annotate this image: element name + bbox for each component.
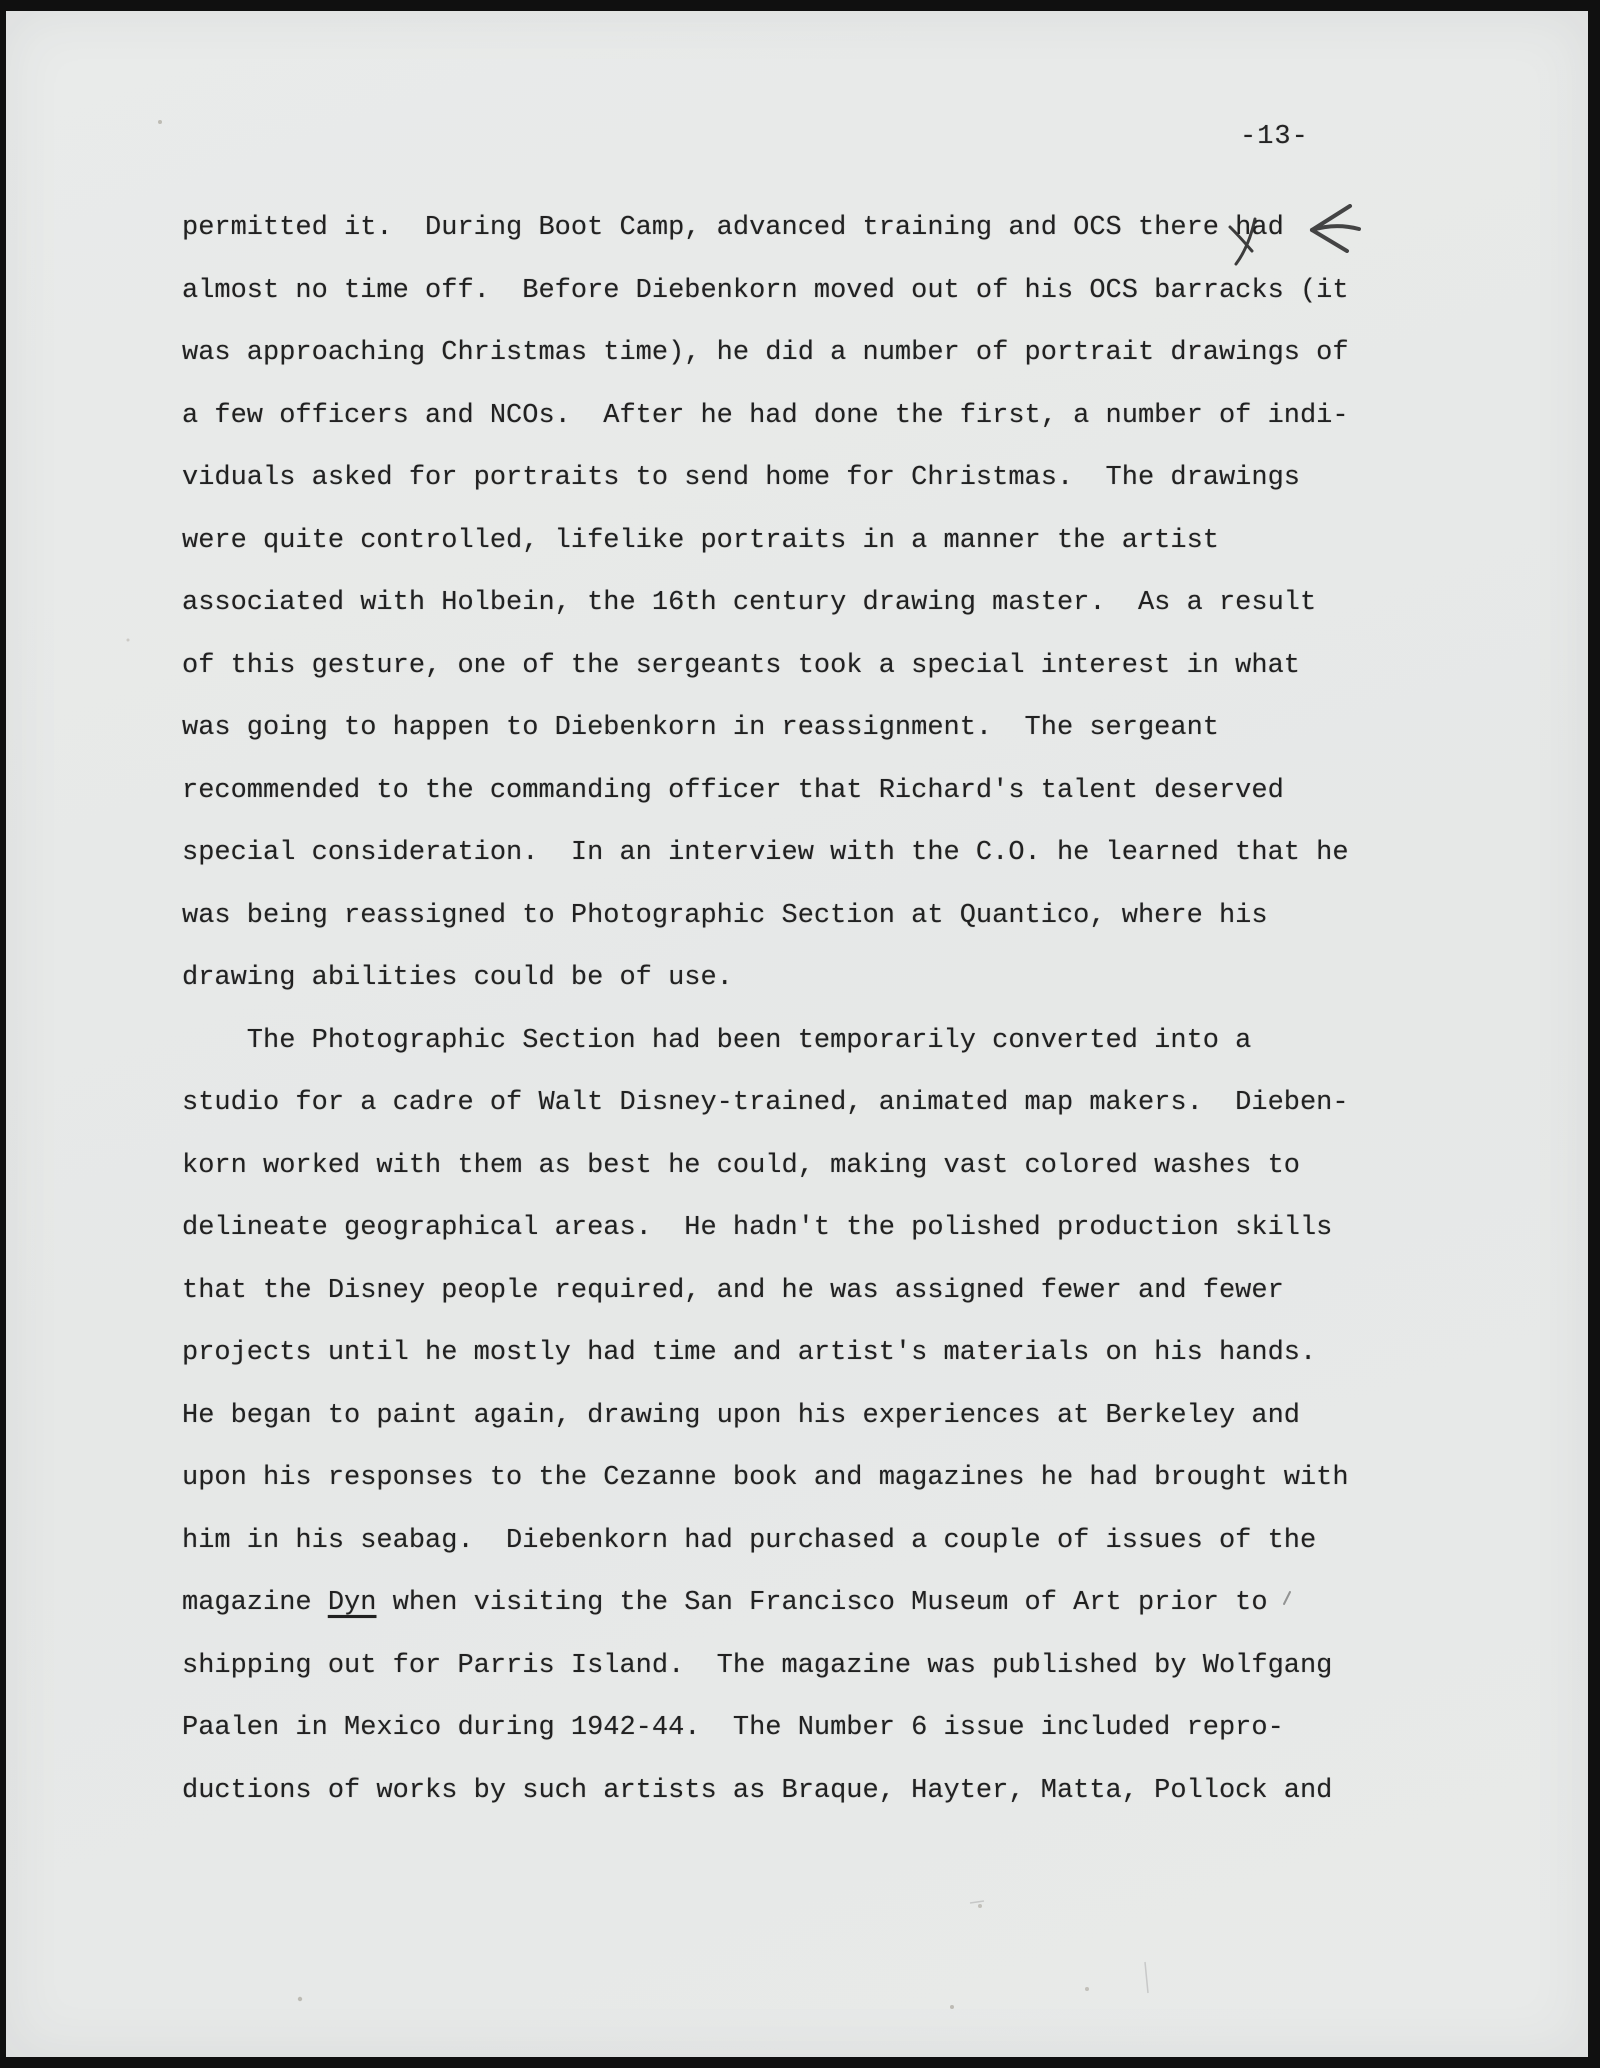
text-run: when visiting the San Francisco Museum o…: [376, 1588, 1267, 1618]
text-run: associated with Holbein, the 16th centur…: [182, 588, 1316, 618]
text-line: ductions of works by such artists as Bra…: [182, 1760, 1349, 1823]
text-line: Paalen in Mexico during 1942-44. The Num…: [182, 1697, 1349, 1760]
text-run: was approaching Christmas time), he did …: [182, 338, 1349, 368]
text-line: drawing abilities could be of use.: [182, 947, 1349, 1010]
text-line: almost no time off. Before Diebenkorn mo…: [182, 260, 1349, 323]
text-run: shipping out for Parris Island. The maga…: [182, 1651, 1332, 1681]
text-line: viduals asked for portraits to send home…: [182, 447, 1349, 510]
text-line: delineate geographical areas. He hadn't …: [182, 1197, 1349, 1260]
underlined-word: Dyn: [328, 1588, 377, 1618]
text-line: recommended to the commanding officer th…: [182, 760, 1349, 823]
page-number: -13-: [1240, 124, 1309, 151]
text-run: special consideration. In an interview w…: [182, 838, 1349, 868]
text-run: permitted it. During Boot Camp, advanced…: [182, 213, 1284, 243]
scanned-typescript-page: -13- permitted it. During Boot Camp, adv…: [0, 0, 1600, 2068]
text-line: was being reassigned to Photographic Sec…: [182, 885, 1349, 948]
text-run: projects until he mostly had time and ar…: [182, 1338, 1316, 1368]
text-run: almost no time off. Before Diebenkorn mo…: [182, 276, 1349, 306]
text-line: The Photographic Section had been tempor…: [182, 1010, 1349, 1073]
text-line: projects until he mostly had time and ar…: [182, 1322, 1349, 1385]
text-run: studio for a cadre of Walt Disney-traine…: [182, 1088, 1349, 1118]
text-line: studio for a cadre of Walt Disney-traine…: [182, 1072, 1349, 1135]
text-run: magazine: [182, 1588, 328, 1618]
text-run: delineate geographical areas. He hadn't …: [182, 1213, 1332, 1243]
text-run: The Photographic Section had been tempor…: [182, 1026, 1251, 1056]
text-run: recommended to the commanding officer th…: [182, 776, 1284, 806]
text-run: were quite controlled, lifelike portrait…: [182, 526, 1219, 556]
text-block: permitted it. During Boot Camp, advanced…: [182, 197, 1349, 1822]
text-run: ductions of works by such artists as Bra…: [182, 1776, 1332, 1806]
text-run: that the Disney people required, and he …: [182, 1276, 1284, 1306]
text-line: him in his seabag. Diebenkorn had purcha…: [182, 1510, 1349, 1573]
text-line: special consideration. In an interview w…: [182, 822, 1349, 885]
text-line: were quite controlled, lifelike portrait…: [182, 510, 1349, 573]
text-run: was being reassigned to Photographic Sec…: [182, 901, 1268, 931]
text-line: He began to paint again, drawing upon hi…: [182, 1385, 1349, 1448]
text-run: of this gesture, one of the sergeants to…: [182, 651, 1300, 681]
text-line: shipping out for Parris Island. The maga…: [182, 1635, 1349, 1698]
text-run: was going to happen to Diebenkorn in rea…: [182, 713, 1219, 743]
text-run: upon his responses to the Cezanne book a…: [182, 1463, 1349, 1493]
text-line: magazine Dyn when visiting the San Franc…: [182, 1572, 1349, 1635]
text-line: associated with Holbein, the 16th centur…: [182, 572, 1349, 635]
text-line: permitted it. During Boot Camp, advanced…: [182, 197, 1349, 260]
text-run: Paalen in Mexico during 1942-44. The Num…: [182, 1713, 1284, 1743]
text-run: He began to paint again, drawing upon hi…: [182, 1401, 1300, 1431]
text-run: viduals asked for portraits to send home…: [182, 463, 1300, 493]
text-line: was approaching Christmas time), he did …: [182, 322, 1349, 385]
text-line: upon his responses to the Cezanne book a…: [182, 1447, 1349, 1510]
text-run: drawing abilities could be of use.: [182, 963, 733, 993]
text-line: a few officers and NCOs. After he had do…: [182, 385, 1349, 448]
text-run: him in his seabag. Diebenkorn had purcha…: [182, 1526, 1316, 1556]
text-line: that the Disney people required, and he …: [182, 1260, 1349, 1323]
text-run: korn worked with them as best he could, …: [182, 1151, 1300, 1181]
text-line: was going to happen to Diebenkorn in rea…: [182, 697, 1349, 760]
text-line: korn worked with them as best he could, …: [182, 1135, 1349, 1198]
text-line: of this gesture, one of the sergeants to…: [182, 635, 1349, 698]
text-run: a few officers and NCOs. After he had do…: [182, 401, 1349, 431]
